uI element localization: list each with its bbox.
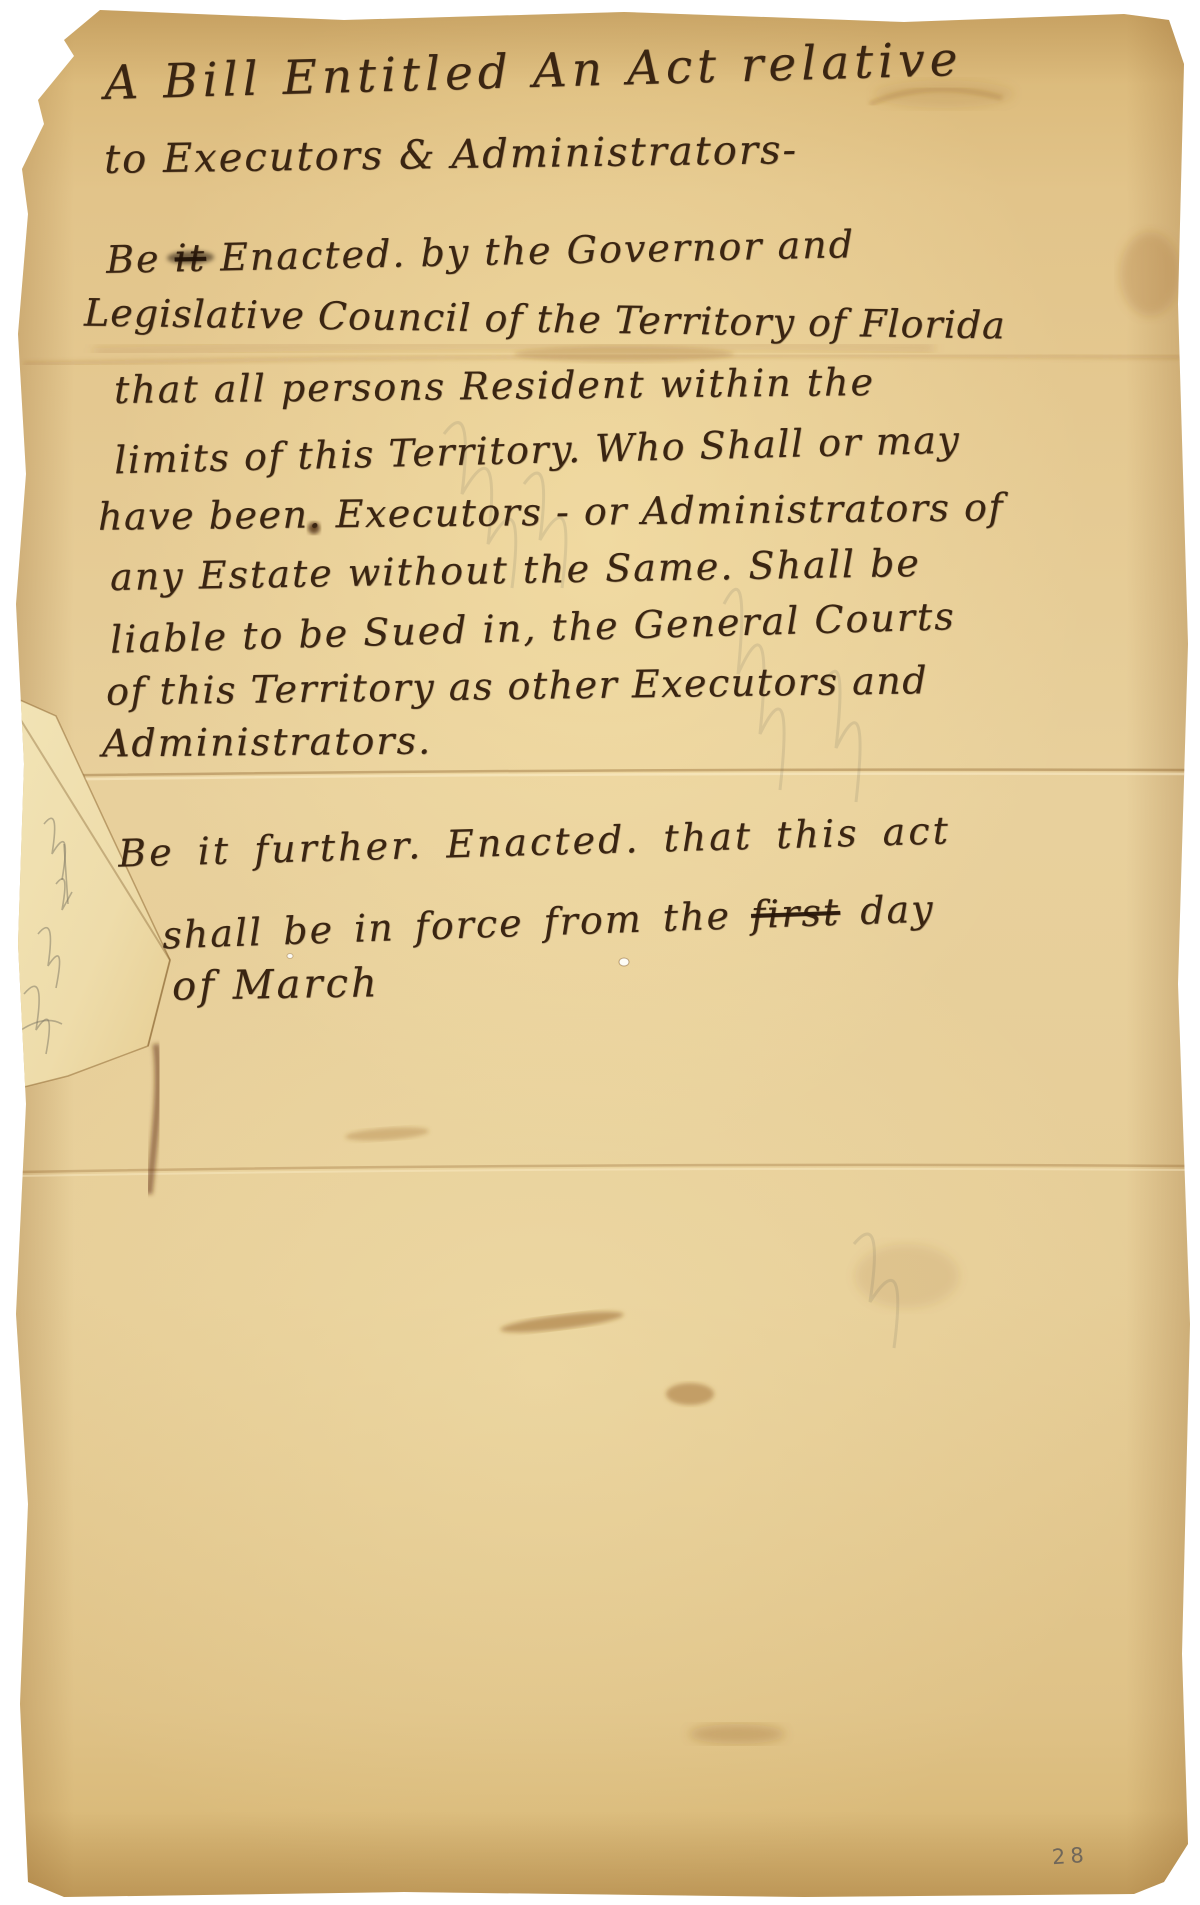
- struck-word: it: [174, 236, 206, 281]
- paper-sheet: A Bill Entitled An Act relative to Execu…: [4, 4, 1196, 1901]
- struck-word: first: [750, 890, 841, 937]
- ink-smear: [149, 1044, 158, 1194]
- heading-line-2: to Executors & Administrators-: [104, 127, 799, 183]
- fold-crease-middle: [22, 770, 1188, 780]
- body-section2-line3: of March: [172, 960, 380, 1010]
- body-text: Be: [106, 236, 175, 281]
- body-text: day: [839, 887, 935, 934]
- fold-crease-lower: [18, 1165, 1192, 1176]
- scan-background: { "page": { "background_color": "#ffffff…: [0, 0, 1200, 1905]
- page-number: 28: [1051, 1843, 1089, 1870]
- fold-crease-upper: [24, 345, 1184, 364]
- body-section1-line3: that all persons Resident within the: [114, 360, 875, 412]
- body-section1-line9: Administrators.: [102, 719, 432, 766]
